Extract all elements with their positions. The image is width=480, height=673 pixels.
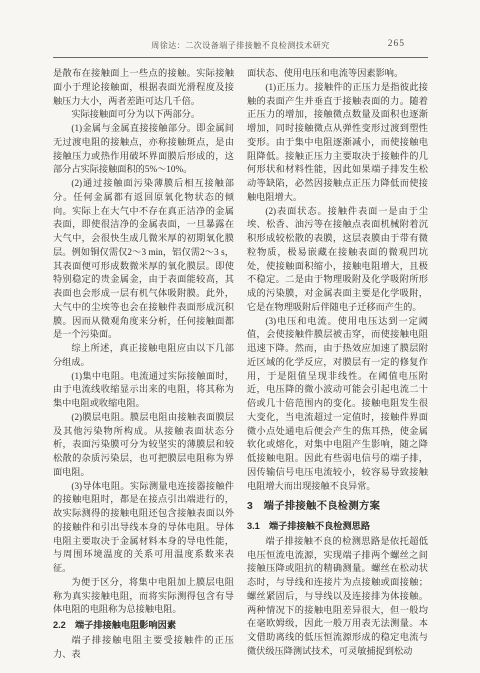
- paragraph: (1)正压力。接触件的正压力是指彼此接触的表面产生并垂直于接触表面的力。随着正压…: [247, 81, 428, 205]
- section-heading: 3 端子排接触不良检测方案: [247, 500, 428, 514]
- paper-page: 周徐达：二次设备端子排接触不良检测技术研究 265 是散布在接触面上一些点的接触…: [0, 0, 480, 673]
- running-head: 周徐达：二次设备端子排接触不良检测技术研究 265: [53, 40, 428, 53]
- paragraph: (2)通过接触面污染薄膜后相互接触部分。任何金属都有返回原氧化物状态的倾向。实际…: [53, 177, 234, 342]
- paragraph: 为便于区分，将集中电阻加上膜层电阻称为真实接触电阻，而将实际测得包含有导体电阻的…: [53, 576, 234, 617]
- right-column: 面状态、使用电压和电流等因素影响。(1)正压力。接触件的正压力是指彼此接触的表面…: [247, 67, 428, 661]
- subsection-heading: 3.1 端子排接触不良检测思路: [247, 520, 428, 534]
- paragraph: 综上所述，真正接触电阻应由以下几部分组成。: [53, 342, 234, 370]
- subsection-heading: 2.2 端子排接触电阻影响因素: [53, 619, 234, 633]
- text-columns: 是散布在接触面上一些点的接触。实际接触面小于理论接触面，根据表面光滑程度及接触压…: [53, 67, 428, 661]
- paragraph: (2)膜层电阻。膜层电阻由接触表面膜层及其他污染物所构成。从接触表面状态分析，表…: [53, 411, 234, 480]
- paragraph: (2)表面状态。接触件表面一是由于尘埃、松香、油污等在接触点表面机械附着沉积形成…: [247, 205, 428, 315]
- paragraph: (1)金属与金属直接接触部分。即金属间无过渡电阻的接触点，亦称接触斑点，是由接触…: [53, 122, 234, 177]
- paragraph: (3)导体电阻。实际测量电连接器接触件的接触电阻时，都是在接点引出端进行的，故实…: [53, 480, 234, 576]
- header-rule: [53, 57, 428, 58]
- running-title: 周徐达：二次设备端子排接触不良检测技术研究: [151, 41, 330, 50]
- paragraph: 端子排接触不良的检测思路是依托超低电压恒流电流源，实现端子排两个螺丝之间接触压降…: [247, 535, 428, 659]
- paragraph: 是散布在接触面上一些点的接触。实际接触面小于理论接触面，根据表面光滑程度及接触压…: [53, 67, 234, 108]
- page-number: 265: [388, 39, 405, 49]
- paragraph: 面状态、使用电压和电流等因素影响。: [247, 67, 428, 81]
- paragraph: (3)电压和电流。使用电压达到一定阈值，会使接触件膜层被击穿，而使接触电阻迅速下…: [247, 315, 428, 494]
- paragraph: 实际接触面可分为以下两部分。: [53, 108, 234, 122]
- paragraph: (1)集中电阻。电流通过实际接触面时，由于电流线收缩显示出来的电阻，将其称为集中…: [53, 370, 234, 411]
- paragraph: 端子排接触电阻主要受接触件的正压力、表: [53, 634, 234, 662]
- left-column: 是散布在接触面上一些点的接触。实际接触面小于理论接触面，根据表面光滑程度及接触压…: [53, 67, 234, 661]
